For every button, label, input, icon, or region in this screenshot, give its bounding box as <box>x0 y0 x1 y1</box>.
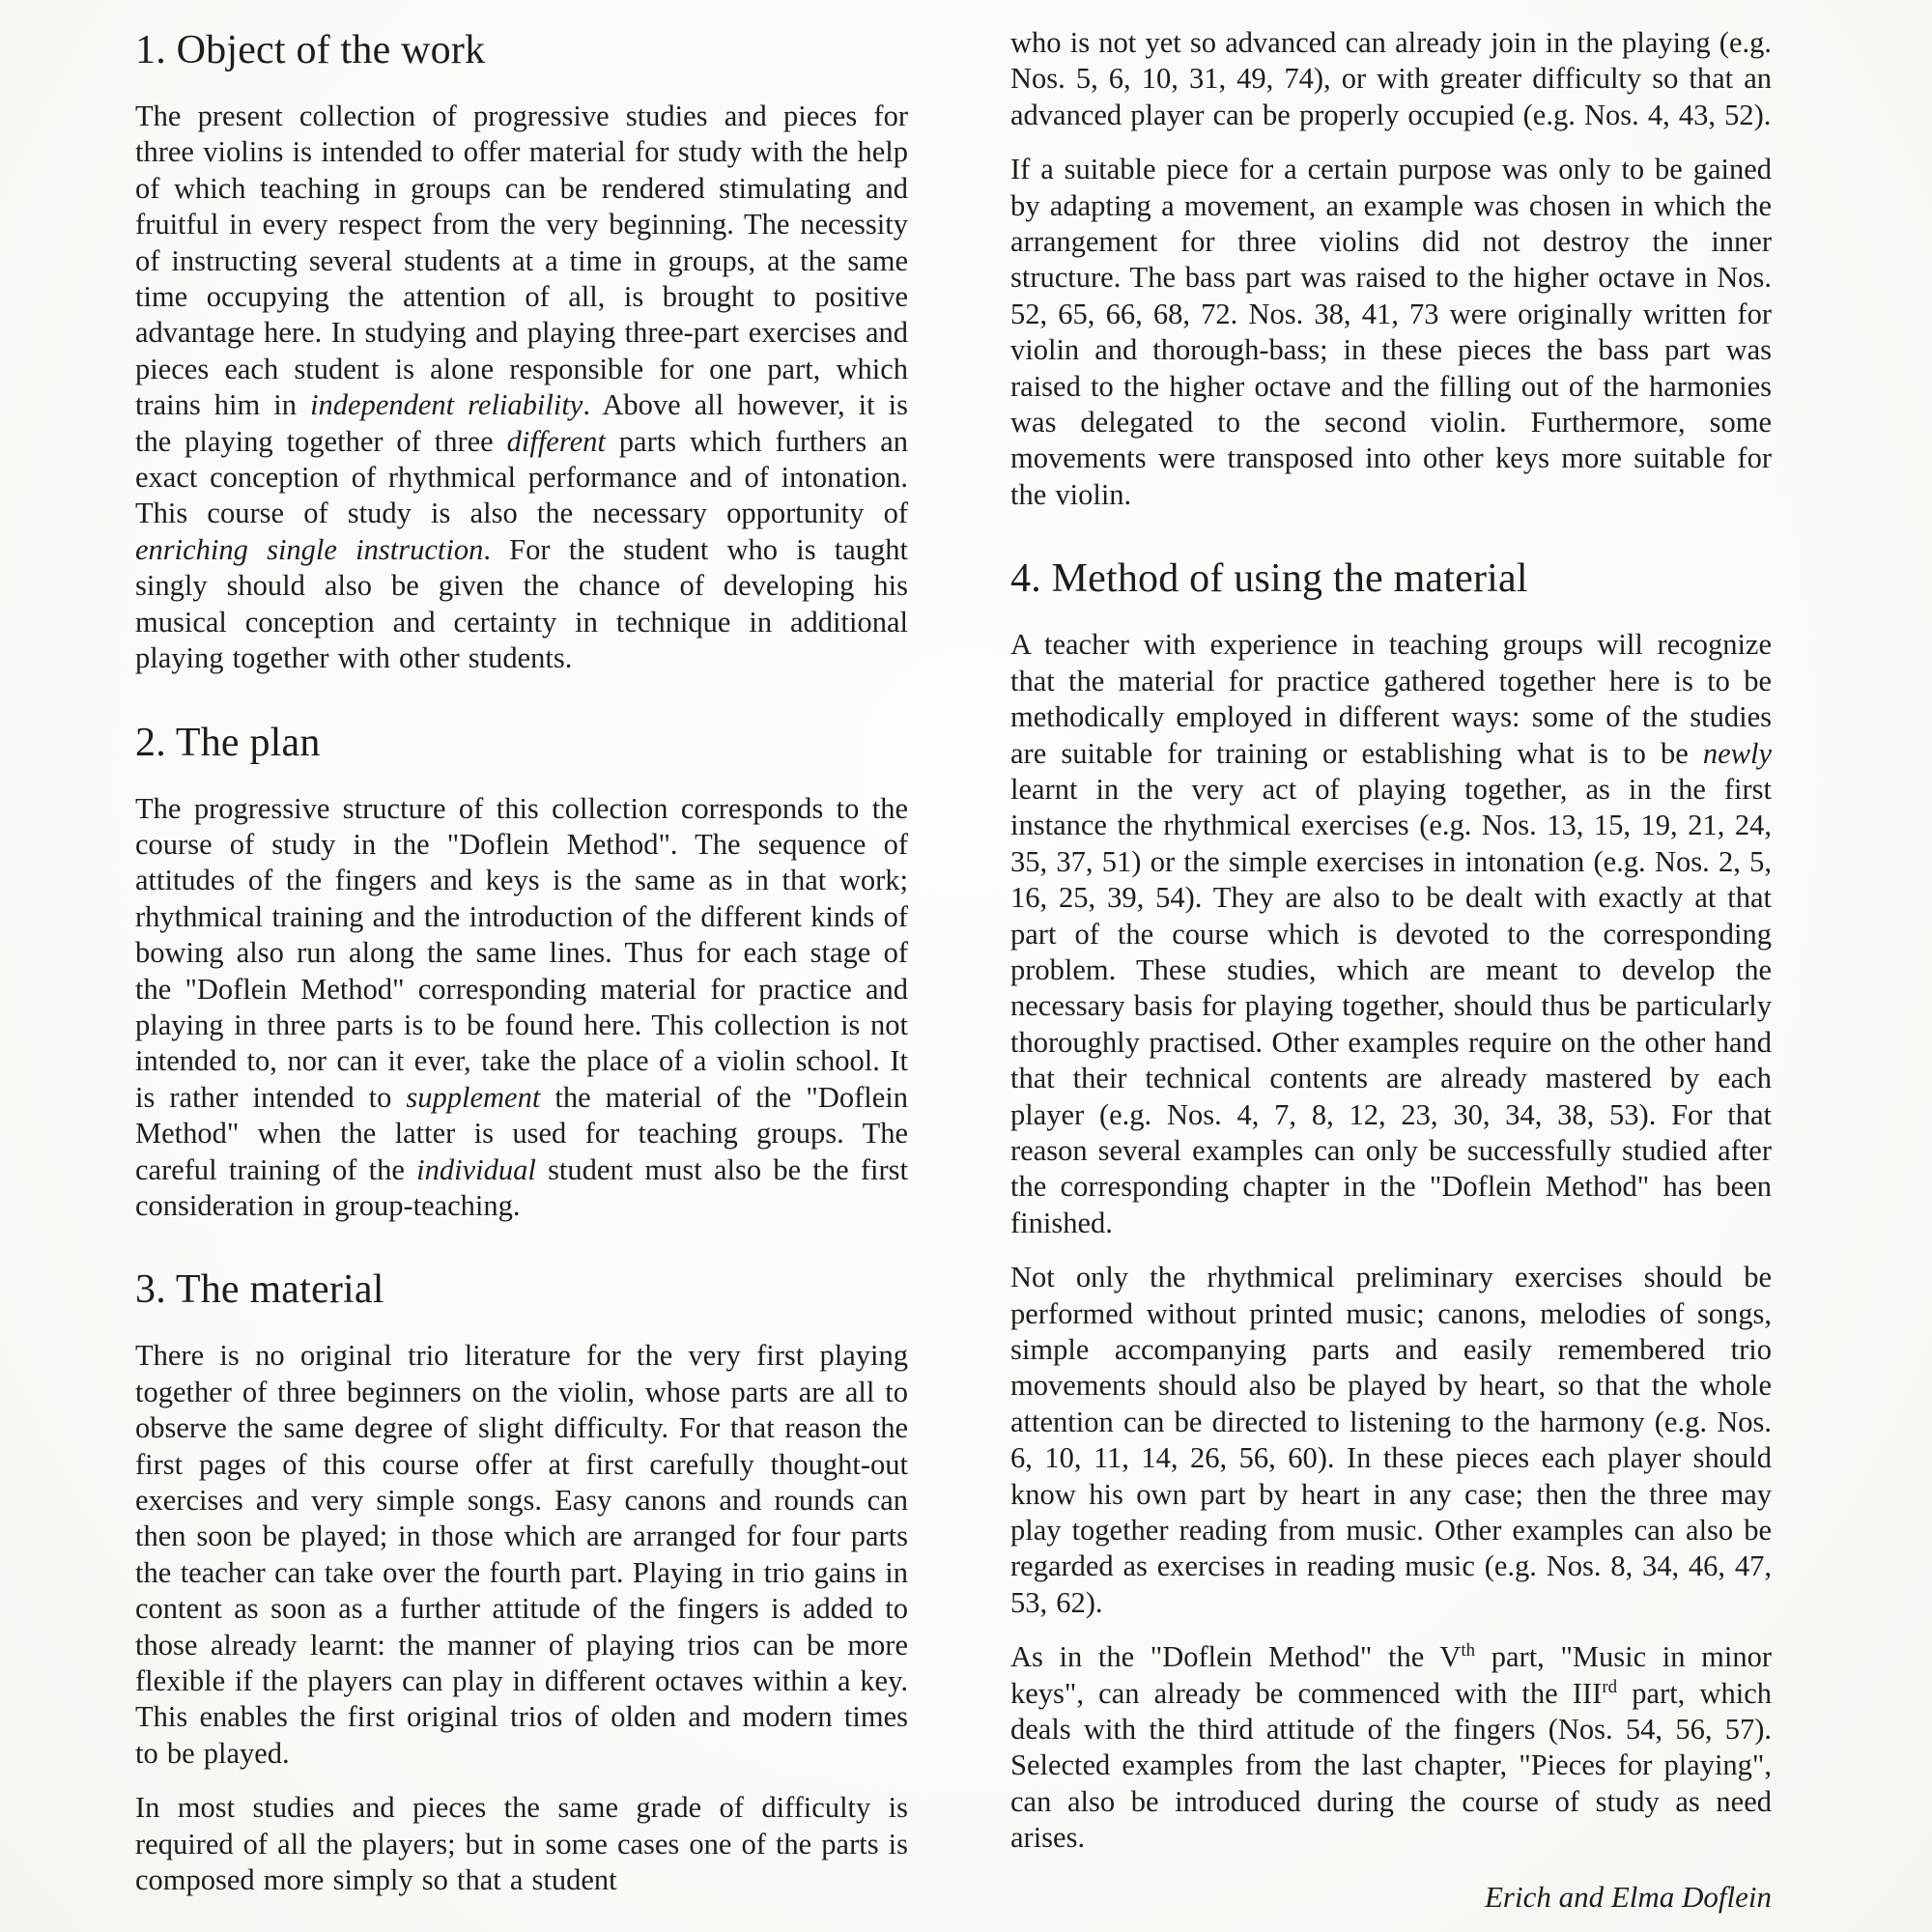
section-heading: 2. The plan <box>135 720 908 766</box>
italic-run: enriching single instruction <box>135 533 483 566</box>
italic-run: independent reliability <box>310 388 582 421</box>
left-column: 1. Object of the workThe present collect… <box>135 25 908 1917</box>
paragraph: As in the "Doflein Method" the Vth part,… <box>1010 1639 1772 1856</box>
text-run: A teacher with experience in teaching gr… <box>1010 628 1772 769</box>
italic-run: different <box>507 425 606 458</box>
italic-run: supplement <box>406 1081 540 1114</box>
text-run: If a suitable piece for a certain purpos… <box>1010 153 1772 511</box>
paragraph: A teacher with experience in teaching gr… <box>1010 627 1772 1241</box>
paragraph: who is not yet so advanced can already j… <box>1010 25 1772 133</box>
section-heading: 3. The material <box>135 1266 908 1313</box>
section-heading: 1. Object of the work <box>135 27 908 73</box>
document-page: 1. Object of the workThe present collect… <box>0 0 1932 1917</box>
text-run: learnt in the very act of playing togeth… <box>1010 773 1772 1239</box>
author-signature: Erich and Elma Doflein <box>1010 1880 1772 1915</box>
text-run: The present collection of progressive st… <box>135 99 908 421</box>
section-heading: 4. Method of using the material <box>1010 555 1772 602</box>
paragraph: In most studies and pieces the same grad… <box>135 1790 908 1898</box>
paragraph: There is no original trio literature for… <box>135 1338 908 1772</box>
paragraph: The present collection of progressive st… <box>135 99 908 677</box>
text-run: As in the "Doflein Method" the V <box>1010 1640 1461 1673</box>
text-run: Not only the rhythmical preliminary exer… <box>1010 1261 1772 1619</box>
text-run: In most studies and pieces the same grad… <box>135 1791 908 1896</box>
right-column: who is not yet so advanced can already j… <box>1010 25 1772 1917</box>
paragraph: The progressive structure of this collec… <box>135 791 908 1225</box>
superscript-run: th <box>1461 1640 1475 1661</box>
italic-run: newly <box>1703 737 1772 770</box>
text-run: The progressive structure of this collec… <box>135 792 908 1114</box>
text-run: There is no original trio literature for… <box>135 1339 908 1769</box>
text-run: who is not yet so advanced can already j… <box>1010 26 1772 131</box>
superscript-run: rd <box>1602 1677 1617 1697</box>
italic-run: individual <box>416 1153 536 1186</box>
paragraph: Not only the rhythmical preliminary exer… <box>1010 1260 1772 1621</box>
paragraph: If a suitable piece for a certain purpos… <box>1010 152 1772 513</box>
